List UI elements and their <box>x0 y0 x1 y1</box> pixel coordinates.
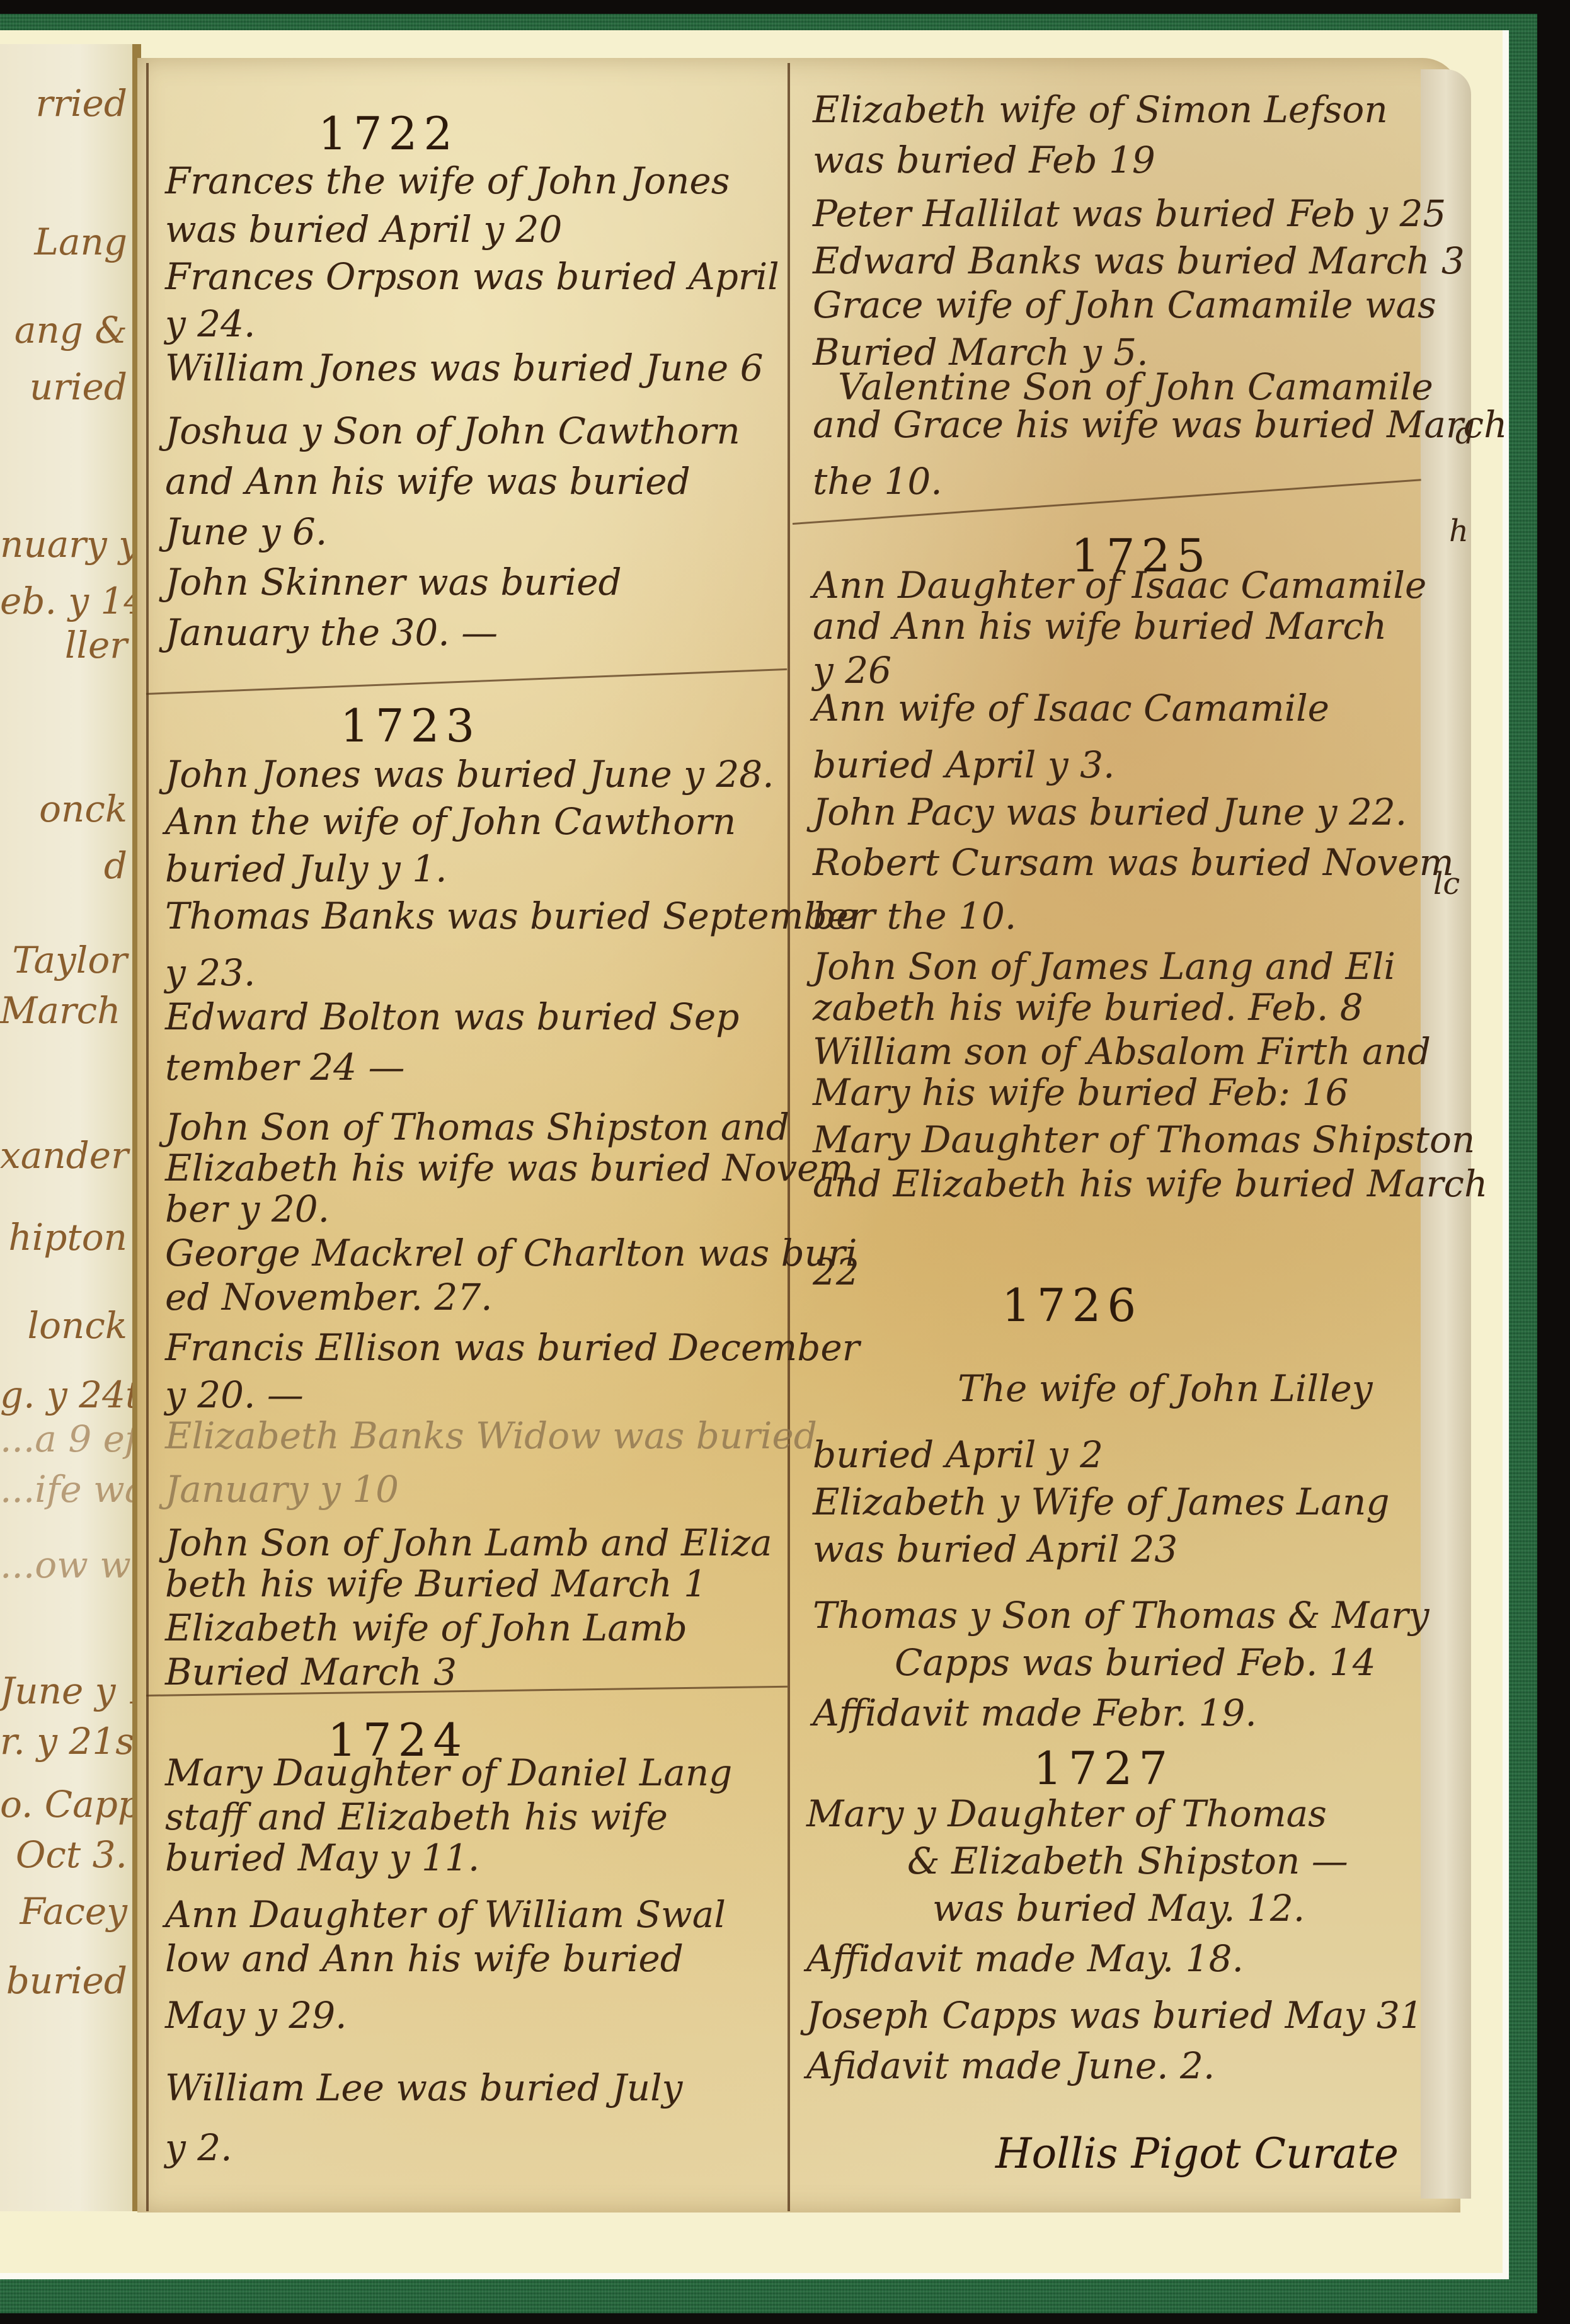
facing-page-text: March 8th. <box>0 989 132 1032</box>
entry-line: y 24. <box>165 306 255 342</box>
facing-page-fragment: rriedLangang &uriednuary y 5theb. y 14th… <box>0 44 141 2211</box>
entry-line: beth his wife Buried March 1 <box>165 1566 707 1602</box>
entry-line: William Lee was buried July <box>165 2069 682 2106</box>
entry-line: the 10. <box>813 463 943 500</box>
year-heading-1727: 1727 <box>1033 1742 1174 1795</box>
facing-page-text: June y 19th <box>0 1669 132 1712</box>
entry-line: y 26 <box>813 652 891 689</box>
entry-line: buried July y 1. <box>165 850 447 887</box>
year-heading-1726: 1726 <box>1002 1279 1142 1332</box>
entry-line: John Skinner was buried <box>165 564 622 600</box>
facing-page-text: d <box>0 844 132 887</box>
entry-line: buried April y 2 <box>813 1436 1103 1473</box>
facing-page-text: Oct 3. <box>0 1833 132 1876</box>
facing-page-text: Facey <box>0 1890 132 1933</box>
facing-page-text: buried <box>0 1959 132 2002</box>
entry-line: Mary Daughter of Thomas Shipston <box>813 1121 1475 1158</box>
margin-fragment: d <box>1455 416 1475 451</box>
facing-page-text: lonck <box>0 1304 132 1347</box>
entry-line: Edward Bolton was buried Sep <box>165 999 739 1035</box>
entry-line: Peter Hallilat was buried Feb y 25 <box>813 195 1446 232</box>
entry-line: buried April y 3. <box>813 747 1114 783</box>
entry-line: and Elizabeth his wife buried March <box>813 1165 1487 1202</box>
entry-line: Elizabeth his wife was buried Novem <box>165 1150 853 1186</box>
entry-line: Ann wife of Isaac Camamile <box>813 690 1329 726</box>
facing-page-text: g. y 24th. <box>0 1373 132 1416</box>
entry-line: ber the 10. <box>813 898 1016 934</box>
entry-line: Robert Cursam was buried Novem <box>813 844 1454 881</box>
entry-line: low and Ann his wife buried <box>165 1940 684 1977</box>
entry-line: Thomas Banks was buried September <box>165 898 866 934</box>
entry-line: June y 6. <box>165 513 327 550</box>
entry-line: Mary Daughter of Daniel Lang <box>165 1754 732 1791</box>
entry-line-faded: Elizabeth Banks Widow was buried <box>165 1417 817 1454</box>
entry-line-faded: January y 10 <box>165 1471 399 1508</box>
entry-line: y 20. — <box>165 1377 304 1413</box>
entry-line: y 2. <box>165 2129 232 2166</box>
entry-line: Capps was buried Feb. 14 <box>895 1644 1376 1681</box>
facing-page-text: ...ow was <box>0 1543 132 1586</box>
facing-page-text: rried <box>0 82 132 125</box>
entry-line: Thomas y Son of Thomas & Mary <box>813 1597 1429 1634</box>
left-margin-rule <box>146 63 149 2211</box>
entry-line: Mary his wife buried Feb: 16 <box>813 1074 1348 1111</box>
facing-page-text: Lang <box>0 220 132 263</box>
entry-line: Frances the wife of John Jones <box>165 163 730 199</box>
entry-line: Elizabeth wife of Simon Lefson <box>813 91 1388 128</box>
entry-line: Frances Orpson was buried April <box>165 258 779 295</box>
entry-line: & Elizabeth Shipston — <box>907 1843 1348 1879</box>
curate-signature: Hollis Pigot Curate <box>995 2129 1399 2178</box>
entry-line: y 23. <box>165 954 255 991</box>
entry-line: John Son of John Lamb and Eliza <box>165 1525 772 1561</box>
entry-line: William Jones was buried June 6 <box>165 350 764 386</box>
entry-line: Affidavit made May. 18. <box>806 1940 1244 1977</box>
facing-page-text: ller <box>0 624 132 667</box>
entry-line: ed November. 27. <box>165 1279 493 1315</box>
entry-line: 22 <box>813 1254 859 1290</box>
margin-fragment: lc <box>1433 866 1460 902</box>
facing-page-text: ...ife was <box>0 1468 132 1511</box>
entry-line: tember 24 — <box>165 1049 404 1085</box>
facing-page-text: xander <box>0 1134 132 1177</box>
entry-line: John Jones was buried June y 28. <box>165 756 774 793</box>
facing-page-text: r. y 21st <box>0 1720 132 1763</box>
entry-line: and Ann his wife was buried <box>165 463 690 500</box>
entry-line: buried May y 11. <box>165 1840 479 1876</box>
entry-line: Afidavit made June. 2. <box>806 2047 1215 2084</box>
entry-line: and Grace his wife was buried March <box>813 406 1508 443</box>
entry-line: was buried Feb 19 <box>813 142 1155 178</box>
entry-line: Joshua y Son of John Cawthorn <box>165 413 740 449</box>
entry-line: staff and Elizabeth his wife <box>165 1799 668 1835</box>
entry-line: Mary y Daughter of Thomas <box>806 1795 1327 1832</box>
entry-line: John Son of James Lang and Eli <box>813 948 1395 985</box>
entry-line: John Pacy was buried June y 22. <box>813 794 1407 830</box>
entry-line: and Ann his wife buried March <box>813 608 1387 644</box>
facing-page-text: hipton <box>0 1216 132 1259</box>
facing-page-text: uried <box>0 365 132 408</box>
margin-fragment: h <box>1449 513 1469 549</box>
facing-page-text: ang & <box>0 309 132 352</box>
entry-line: Grace wife of John Camamile was <box>813 287 1436 323</box>
entry-line: George Mackrel of Charlton was buri <box>165 1235 857 1271</box>
year-heading-1723: 1723 <box>340 699 481 752</box>
entry-line: was buried May. 12. <box>932 1890 1305 1926</box>
entry-line: Buried March 3 <box>165 1654 457 1690</box>
entry-line: Ann Daughter of Isaac Camamile <box>813 567 1426 604</box>
entry-line: Elizabeth y Wife of James Lang <box>813 1484 1389 1520</box>
entry-line: May y 29. <box>165 1997 347 2034</box>
facing-page-text: nuary y 5th <box>0 523 132 566</box>
year-heading-1722: 1722 <box>318 107 459 160</box>
entry-line: Ann Daughter of William Swal <box>165 1896 726 1933</box>
facing-page-text: Taylor <box>0 939 132 982</box>
entry-line: was buried April 23 <box>813 1531 1177 1567</box>
entry-line: was buried April y 20 <box>165 211 562 248</box>
entry-line: Edward Banks was buried March 3 <box>813 243 1465 279</box>
entry-line: ber y 20. <box>165 1191 329 1227</box>
entry-line: William son of Absalom Firth and <box>813 1033 1431 1070</box>
entry-line: John Son of Thomas Shipston and <box>165 1109 789 1145</box>
facing-page-text: o. Cappy <box>0 1783 132 1826</box>
facing-page-text: ...a 9 ef <box>0 1417 132 1460</box>
entry-line: Valentine Son of John Camamile <box>838 369 1433 405</box>
entry-line: Francis Ellison was buried December <box>165 1329 859 1366</box>
entry-line: Elizabeth wife of John Lamb <box>165 1610 687 1646</box>
facing-page-text: onck <box>0 787 132 830</box>
facing-page-text: eb. y 14th. <box>0 580 132 622</box>
entry-line: Affidavit made Febr. 19. <box>813 1695 1257 1731</box>
entry-line: The wife of John Lilley <box>958 1370 1373 1407</box>
entry-line: Ann the wife of John Cawthorn <box>165 803 736 840</box>
entry-line: January the 30. — <box>165 614 498 651</box>
entry-line: Joseph Capps was buried May 31 <box>806 1997 1423 2034</box>
entry-line: zabeth his wife buried. Feb. 8 <box>813 989 1363 1026</box>
